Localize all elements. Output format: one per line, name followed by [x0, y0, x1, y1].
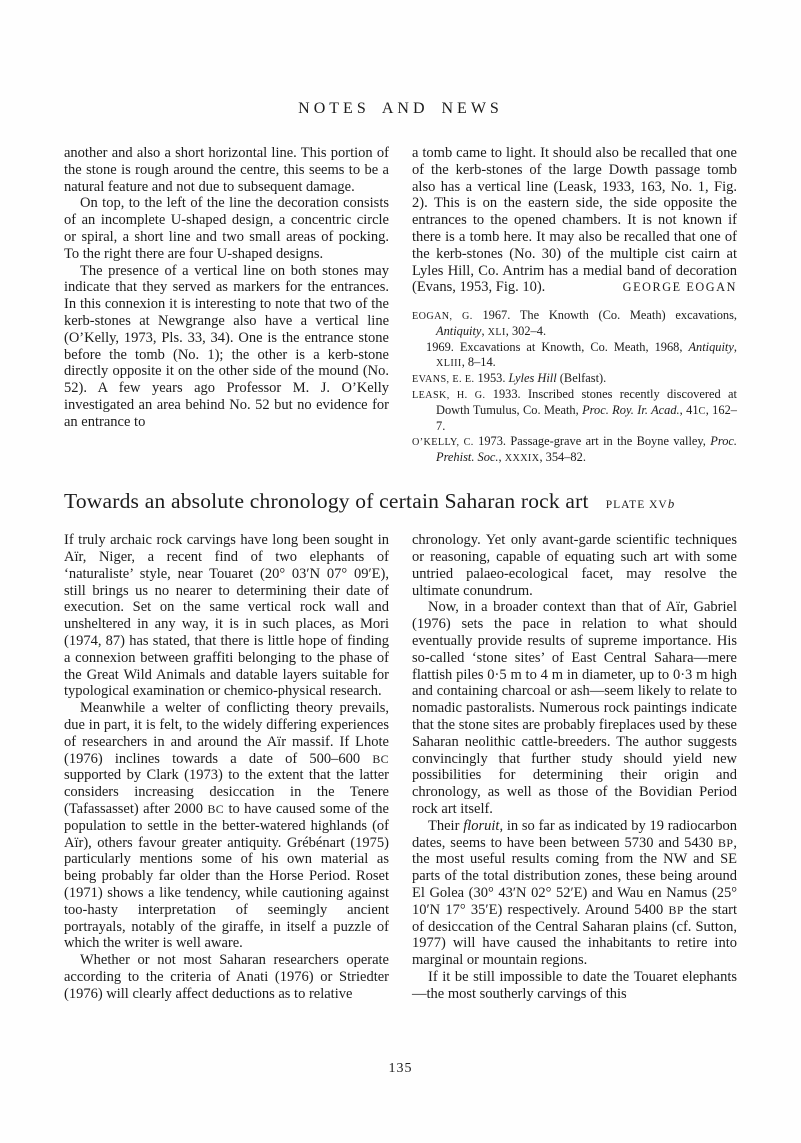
- italic-text: floruit: [463, 818, 499, 834]
- page-number: 135: [0, 1061, 801, 1077]
- small-caps-text: BC: [372, 752, 389, 766]
- small-caps-text: XLI: [488, 327, 506, 338]
- reference-item: EOGAN, G. 1967. The Knowth (Co. Meath) e…: [412, 308, 737, 340]
- page-content: NOTES AND NEWS another and also a short …: [0, 100, 801, 1002]
- article-notes-and-news-continuation: another and also a short horizontal line…: [64, 145, 737, 466]
- article2-left-column: If truly archaic rock carvings have long…: [64, 532, 389, 1002]
- article2-right-column: chronology. Yet only avant-garde scienti…: [412, 532, 737, 1002]
- small-caps-text: EOGAN, G.: [412, 311, 473, 322]
- small-caps-text: BP: [669, 903, 684, 917]
- small-caps-text: BC: [207, 802, 224, 816]
- paragraph: Their floruit, in so far as indicated by…: [412, 818, 737, 969]
- author-signature: GEORGE EOGAN: [623, 279, 737, 296]
- paragraph: The presence of a vertical line on both …: [64, 263, 389, 431]
- small-caps-text: LEASK, H. G.: [412, 390, 485, 401]
- small-caps-text: XLIII: [436, 358, 462, 369]
- small-caps-text: C: [699, 406, 706, 417]
- article1-columns: another and also a short horizontal line…: [64, 145, 737, 466]
- article2-columns: If truly archaic rock carvings have long…: [64, 532, 737, 1002]
- reference-item: 1969. Excavations at Knowth, Co. Meath, …: [412, 340, 737, 371]
- paragraph: another and also a short horizontal line…: [64, 145, 389, 195]
- paragraph: a tomb came to light. It should also be …: [412, 145, 737, 296]
- article-saharan-rock-art: Towards an absolute chronology of certai…: [64, 489, 737, 1002]
- small-caps-text: O’KELLY, C.: [412, 437, 474, 448]
- article-title-row: Towards an absolute chronology of certai…: [64, 489, 737, 514]
- paragraph: On top, to the left of the line the deco…: [64, 195, 389, 262]
- running-head: NOTES AND NEWS: [64, 100, 737, 118]
- plate-suffix: b: [668, 496, 675, 511]
- plate-label: PLATE XV: [606, 499, 668, 511]
- paragraph: chronology. Yet only avant-garde scienti…: [412, 532, 737, 599]
- paragraph: Now, in a broader context than that of A…: [412, 599, 737, 817]
- italic-text: Proc. Roy. Ir. Acad.: [582, 403, 680, 417]
- article1-right-text: a tomb came to light. It should also be …: [412, 145, 737, 296]
- paragraph: If truly archaic rock carvings have long…: [64, 532, 389, 700]
- small-caps-text: XXXIX: [505, 453, 540, 464]
- article1-right-column: a tomb came to light. It should also be …: [412, 145, 737, 466]
- small-caps-text: BP: [718, 836, 733, 850]
- reference-item: O’KELLY, C. 1973. Passage-grave art in t…: [412, 434, 737, 466]
- paragraph: Meanwhile a welter of conflicting theory…: [64, 700, 389, 952]
- reference-item: LEASK, H. G. 1933. Inscribed stones rece…: [412, 387, 737, 434]
- reference-item: EVANS, E. E. 1953. Lyles Hill (Belfast).: [412, 371, 737, 387]
- plate-reference: PLATE XVb: [606, 496, 675, 512]
- italic-text: Proc. Prehist. Soc.: [436, 434, 737, 464]
- italic-text: Antiquity: [436, 324, 481, 338]
- reference-list: EOGAN, G. 1967. The Knowth (Co. Meath) e…: [412, 308, 737, 466]
- small-caps-text: EVANS, E. E.: [412, 374, 474, 385]
- italic-text: Lyles Hill: [509, 371, 557, 385]
- paragraph: Whether or not most Saharan researchers …: [64, 952, 389, 1002]
- journal-page: NOTES AND NEWS another and also a short …: [0, 0, 801, 1143]
- italic-text: Antiquity: [688, 340, 733, 354]
- article-title: Towards an absolute chronology of certai…: [64, 489, 589, 514]
- article1-left-column: another and also a short horizontal line…: [64, 145, 389, 466]
- paragraph: If it be still impossible to date the To…: [412, 969, 737, 1003]
